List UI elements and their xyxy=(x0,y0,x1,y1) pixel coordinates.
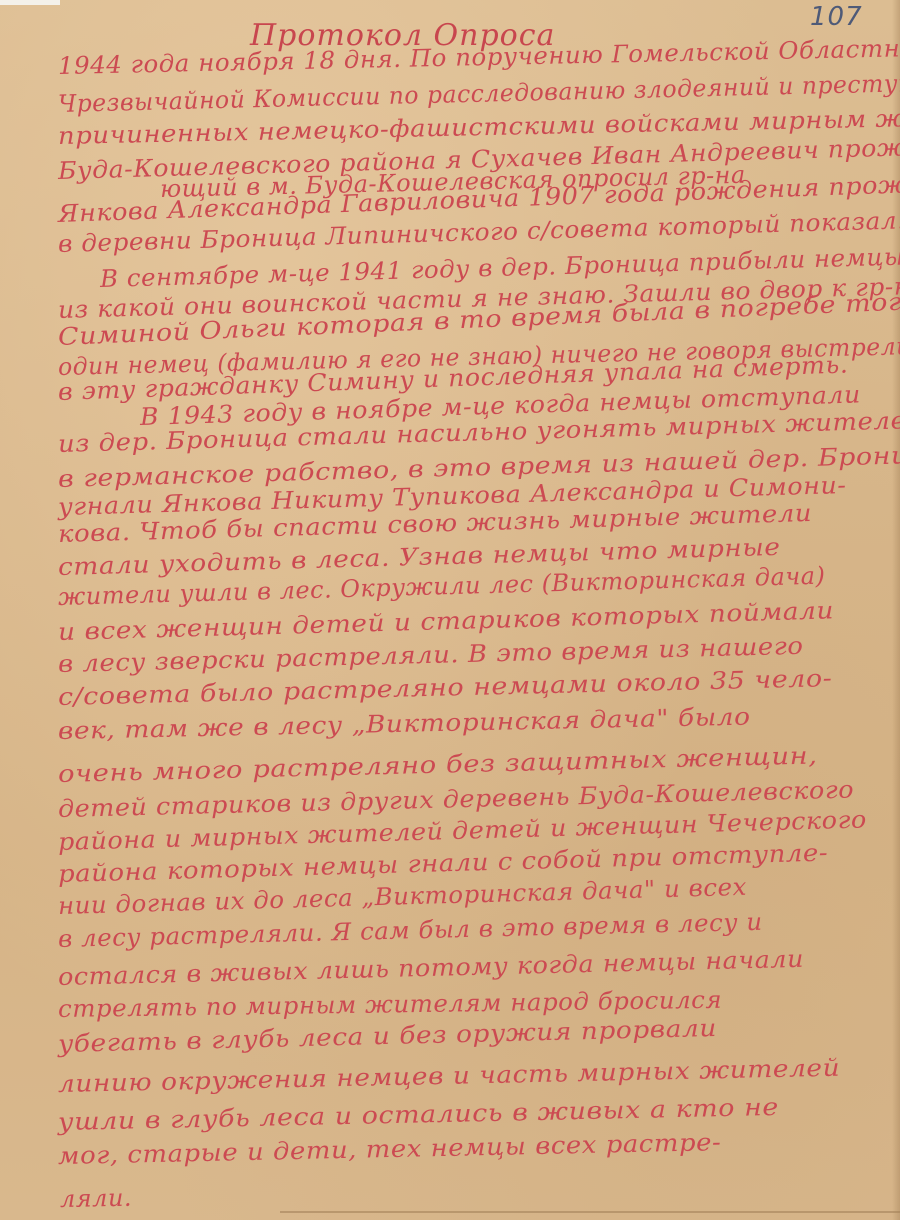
text-line: век, там же в лесу „Викторинская дача" б… xyxy=(58,702,751,745)
paper-tab-edge xyxy=(0,0,60,5)
paper-bottom-edge xyxy=(280,1211,900,1213)
text-line: линию окружения немцев и часть мирных жи… xyxy=(58,1054,841,1098)
text-line: мог, старые и дети, тех немцы всех растр… xyxy=(58,1128,722,1170)
document-page: 107 Протокол Опроса 1944 года ноября 18 … xyxy=(0,0,900,1220)
text-line: остался в живых лишь потому когда немцы … xyxy=(58,945,805,991)
page-number: 107 xyxy=(810,2,863,32)
text-line: ляли. xyxy=(60,1184,133,1213)
